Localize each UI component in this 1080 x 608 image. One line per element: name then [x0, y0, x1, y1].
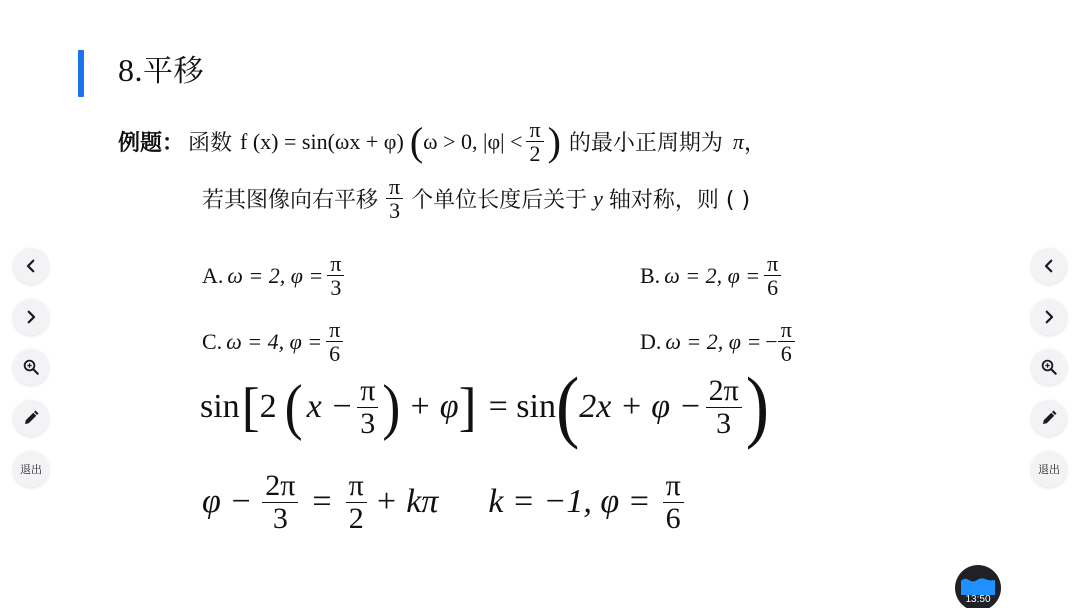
- line2-suffix: 轴对称，则 ( ): [609, 183, 750, 214]
- line2-middle: 个单位长度后关于: [411, 183, 587, 214]
- section-accent-bar: [78, 50, 84, 97]
- fraction-numerator: 2π: [706, 375, 742, 408]
- option-expr: ω = 4, φ =: [226, 329, 322, 355]
- fraction-denominator: 6: [326, 342, 343, 365]
- plus-phi: + φ: [408, 388, 458, 426]
- zoom-in-icon: [1040, 358, 1058, 376]
- inner-expr: 2x + φ −: [579, 388, 701, 426]
- fraction-numerator: π: [386, 175, 403, 199]
- fraction-numerator: π: [778, 318, 795, 342]
- right-paren-large: ): [746, 367, 769, 448]
- option-fraction: π 6: [326, 318, 343, 365]
- right-paren: ): [382, 376, 400, 438]
- zoom-button-right[interactable]: [1031, 349, 1067, 385]
- option-fraction: π 6: [764, 252, 781, 299]
- pen-button-left[interactable]: [13, 400, 49, 436]
- section-title-text: 平移: [143, 54, 204, 89]
- sin-func: sin: [200, 388, 240, 426]
- x-minus: x −: [307, 388, 354, 426]
- function-expr: f (x) = sin(ωx + φ): [240, 129, 404, 155]
- phi-minus: φ −: [202, 483, 252, 521]
- plus-k-pi: + kπ: [375, 483, 439, 521]
- condition-fraction: π 2: [526, 118, 543, 165]
- prev-page-button-right[interactable]: [1031, 248, 1067, 284]
- fraction-denominator: 3: [327, 276, 344, 299]
- option-d: D. ω = 2, φ = − π 6: [640, 318, 799, 365]
- zoom-button-left[interactable]: [13, 349, 49, 385]
- fraction-denominator: 3: [270, 503, 291, 535]
- option-expr: ω = 2, φ =: [664, 263, 760, 289]
- fraction-pi-6: π 6: [663, 470, 684, 534]
- axis-variable: y: [593, 186, 603, 212]
- pen-icon: [1040, 409, 1058, 427]
- line2-prefix: 若其图像向右平移: [202, 183, 378, 214]
- fraction-numerator: π: [526, 118, 543, 142]
- option-a: A. ω = 2, φ = π 3: [202, 252, 348, 299]
- k-value-expr: k = −1, φ =: [488, 483, 650, 521]
- fraction-pi-2: π 2: [346, 470, 367, 534]
- exit-button-right[interactable]: 退出: [1031, 451, 1067, 487]
- section-number: 8.: [118, 52, 143, 88]
- option-c: C. ω = 4, φ = π 6: [202, 318, 347, 365]
- option-letter: B.: [640, 263, 660, 289]
- question-intro: 函数: [188, 126, 232, 157]
- option-letter: D.: [640, 329, 661, 355]
- equals-sign: =: [312, 483, 331, 521]
- water-wave-icon: [961, 575, 995, 595]
- question-line-2: 若其图像向右平移 π 3 个单位长度后关于 y 轴对称，则 ( ): [202, 175, 750, 222]
- fraction-denominator: 6: [764, 276, 781, 299]
- period-value: π: [733, 129, 744, 155]
- period-text: 的最小正周期为: [569, 126, 723, 157]
- fraction-denominator: 6: [778, 342, 795, 365]
- left-paren: (: [285, 376, 303, 438]
- pen-button-right[interactable]: [1031, 400, 1067, 436]
- fraction-denominator: 3: [713, 408, 734, 440]
- fraction-numerator: π: [663, 470, 684, 503]
- option-letter: C.: [202, 329, 222, 355]
- option-sign: −: [765, 329, 777, 355]
- fraction-numerator: π: [327, 252, 344, 276]
- right-bracket: ]: [459, 380, 477, 434]
- timer-time: 13:50: [955, 594, 1001, 605]
- next-page-button-left[interactable]: [13, 299, 49, 335]
- question-label: 例题：: [118, 126, 184, 157]
- fraction-pi-3: π 3: [357, 375, 378, 439]
- question-line-1: 例题： 函数 f (x) = sin(ωx + φ) ( ω > 0, |φ| …: [118, 118, 766, 165]
- work-line-2: φ − 2π 3 = π 2 + kπ k = −1, φ = π 6: [202, 470, 688, 534]
- fraction-numerator: 2π: [262, 470, 298, 503]
- chevron-right-icon: [22, 308, 40, 326]
- fraction-denominator: 3: [386, 199, 403, 222]
- fraction-numerator: π: [357, 375, 378, 408]
- prev-page-button-left[interactable]: [13, 248, 49, 284]
- coefficient: 2: [260, 388, 277, 426]
- condition-expr: ω > 0, |φ| <: [423, 129, 522, 155]
- option-fraction: π 3: [327, 252, 344, 299]
- fraction-2pi-3: 2π 3: [706, 375, 742, 439]
- fraction-numerator: π: [326, 318, 343, 342]
- option-expr: ω = 2, φ =: [665, 329, 761, 355]
- chevron-left-icon: [22, 257, 40, 275]
- next-page-button-right[interactable]: [1031, 299, 1067, 335]
- option-fraction: π 6: [778, 318, 795, 365]
- shift-fraction: π 3: [386, 175, 403, 222]
- timer-widget[interactable]: 13:50: [955, 565, 1001, 608]
- equals-sin: = sin: [489, 388, 556, 426]
- fraction-denominator: 2: [527, 142, 544, 165]
- fraction-numerator: π: [346, 470, 367, 503]
- chevron-right-icon: [1040, 308, 1058, 326]
- work-line-1: sin [ 2 ( x − π 3 ) + φ ] = sin ( 2x + φ…: [200, 372, 769, 442]
- section-title: 8.平移: [118, 46, 204, 90]
- fraction-denominator: 6: [663, 503, 684, 535]
- fraction-denominator: 3: [357, 408, 378, 440]
- comma: ，: [744, 126, 766, 157]
- zoom-in-icon: [22, 358, 40, 376]
- pen-icon: [22, 409, 40, 427]
- condition-close-paren: ): [548, 118, 561, 165]
- option-expr: ω = 2, φ =: [227, 263, 323, 289]
- fraction-numerator: π: [764, 252, 781, 276]
- option-b: B. ω = 2, φ = π 6: [640, 252, 785, 299]
- fraction-denominator: 2: [346, 503, 367, 535]
- left-bracket: [: [242, 380, 260, 434]
- option-letter: A.: [202, 263, 223, 289]
- condition-open-paren: (: [410, 118, 423, 165]
- fraction-2pi-3: 2π 3: [262, 470, 298, 534]
- exit-button-left[interactable]: 退出: [13, 451, 49, 487]
- chevron-left-icon: [1040, 257, 1058, 275]
- left-paren-large: (: [556, 367, 579, 448]
